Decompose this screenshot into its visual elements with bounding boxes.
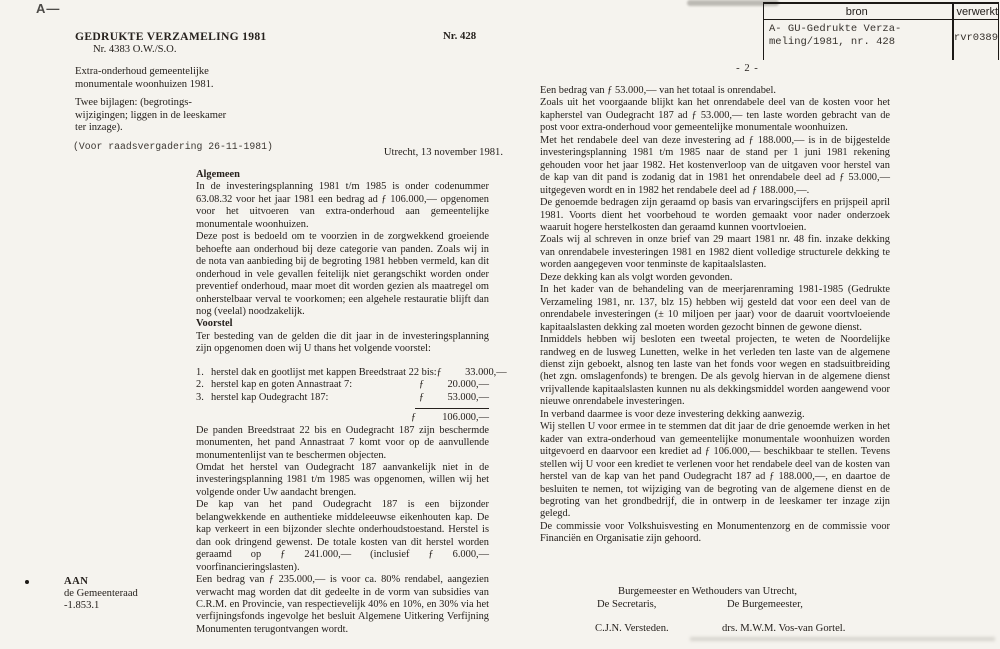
paragraph: In verband daarmee is voor deze invester… [540,409,890,421]
paragraph: In het kader van de behandeling van de m… [540,284,890,334]
signature-block: Burgemeester en Wethouders van Utrecht, … [540,586,900,646]
paragraph: Een bedrag van ƒ 235.000,— is voor ca. 8… [196,574,489,636]
page-number: - 2 - [700,63,795,74]
corner-mark: A— [36,1,60,16]
proposal-item-number: 1. [196,367,211,379]
signature-name-mayor: drs. M.W.M. Vos-van Gortel. [722,623,845,634]
document-scan: A— bron verwerkt A- GU-Gedrukte Verza- m… [0,0,1000,649]
document-title: GEDRUKTE VERZAMELING 1981 [75,30,267,43]
proposal-item: 3. herstel kap Oudegracht 187: ƒ 53.000,… [196,392,489,404]
paragraph: Omdat het herstel van Oudegracht 187 aan… [196,462,489,499]
proposal-list: 1. herstel dak en gootlijst met kappen B… [196,367,489,425]
proposal-item-number: 3. [196,392,211,404]
proposal-item: 1. herstel dak en gootlijst met kappen B… [196,367,489,379]
subject-block: Extra-onderhoud gemeentelijke monumental… [75,66,214,91]
attachments-line: ter inzage). [75,122,226,135]
currency-sign: ƒ [437,367,442,379]
attachments-line: wijzigingen; liggen in de leeskamer [75,110,226,123]
attachments-line: Twee bijlagen: (begrotings- [75,97,226,110]
dateline: Utrecht, 13 november 1981. [203,147,503,158]
attachments-note: Twee bijlagen: (begrotings- wijzigingen;… [75,97,226,135]
currency-sign: ƒ [419,379,424,391]
document-number: Nr. 4383 O.W./S.O. [93,44,176,55]
registration-table-body: A- GU-Gedrukte Verza- meling/1981, nr. 4… [764,20,998,48]
section-heading-voorstel: Voorstel [196,318,489,330]
paragraph: Inmiddels hebben wij besloten een tweeta… [540,334,890,409]
addressee-to-label: AAN [64,576,138,588]
registration-table-divider [952,4,954,60]
currency-sign: ƒ [419,392,424,404]
margin-dot [25,580,29,584]
proposal-item-number: 2. [196,379,211,391]
reg-source-value: A- GU-Gedrukte Verza- meling/1981, nr. 4… [764,20,948,48]
signature-title-mayor: De Burgemeester, [727,599,803,610]
amount-value: 53.000,— [447,392,489,404]
subject-line: monumentale woonhuizen 1981. [75,79,214,92]
proposal-item: 2. herstel kap en goten Annastraat 7: ƒ … [196,379,489,391]
paragraph: Een bedrag van ƒ 53.000,— van het totaal… [540,85,890,97]
reg-header-bron: bron [764,6,949,18]
paragraph: Zoals uit het voorgaande blijkt kan het … [540,97,890,134]
paragraph: Met het rendabele deel van deze invester… [540,135,890,197]
paragraph: Deze dekking kan als volgt worden gevond… [540,272,890,284]
reg-header-verwerkt: verwerkt [949,6,998,18]
proposal-item-label: herstel kap Oudegracht 187: [211,392,328,404]
collection-item-number: Nr. 428 [443,30,476,42]
registration-table: bron verwerkt A- GU-Gedrukte Verza- meli… [763,2,999,60]
paragraph: In de investeringsplanning 1981 t/m 1985… [196,181,489,231]
total-value: 106.000,— [442,412,489,424]
paragraph: De genoemde bedragen zijn geraamd op bas… [540,197,890,234]
section-heading-algemeen: Algemeen [196,169,489,181]
amount-value: 33.000,— [465,367,507,379]
paragraph: De commissie voor Volkshuisvesting en Mo… [540,521,890,546]
currency-sign: ƒ [411,412,416,424]
subject-line: Extra-onderhoud gemeentelijke [75,66,214,79]
paragraph: De panden Breedstraat 22 bis en Oudegrac… [196,425,489,462]
signature-title-secretary: De Secretaris, [597,599,656,610]
amount-value: 20.000,— [447,379,489,391]
addressee-name: de Gemeenteraad [64,588,138,600]
page1-body: Algemeen In de investeringsplanning 1981… [196,169,489,636]
addressee-block: AAN de Gemeenteraad -1.853.1 [64,576,138,613]
reg-source-line1: A- GU-Gedrukte Verza- [769,23,948,36]
proposal-total: ƒ 106.000,— [411,412,489,424]
reg-source-line2: meling/1981, nr. 428 [769,36,948,49]
paragraph: Wij stellen U voor ermee in te stemmen d… [540,421,890,521]
proposal-intro: Ter besteding van de gelden die dit jaar… [196,331,489,356]
reg-processed-code: rvr0389 [948,20,998,48]
signature-authority: Burgemeester en Wethouders van Utrecht, [618,586,797,597]
proposal-item-amount: ƒ 20.000,— [419,379,489,391]
proposal-item-label: herstel dak en gootlijst met kappen Bree… [211,367,437,379]
paragraph: Deze post is bedoeld om te voorzien in d… [196,231,489,318]
file-code: -1.853.1 [64,600,138,612]
paragraph: De kap van het pand Oudegracht 187 is ee… [196,499,489,574]
page2-body: Een bedrag van ƒ 53.000,— van het totaal… [540,85,890,546]
registration-table-header: bron verwerkt [764,4,998,20]
total-rule [415,408,489,409]
signature-name-secretary: C.J.N. Versteden. [595,623,669,634]
proposal-item-amount: ƒ 53.000,— [419,392,489,404]
paragraph: Zoals wij al schreven in onze brief van … [540,234,890,271]
proposal-item-label: herstel kap en goten Annastraat 7: [211,379,352,391]
proposal-item-amount: ƒ 33.000,— [437,367,507,379]
